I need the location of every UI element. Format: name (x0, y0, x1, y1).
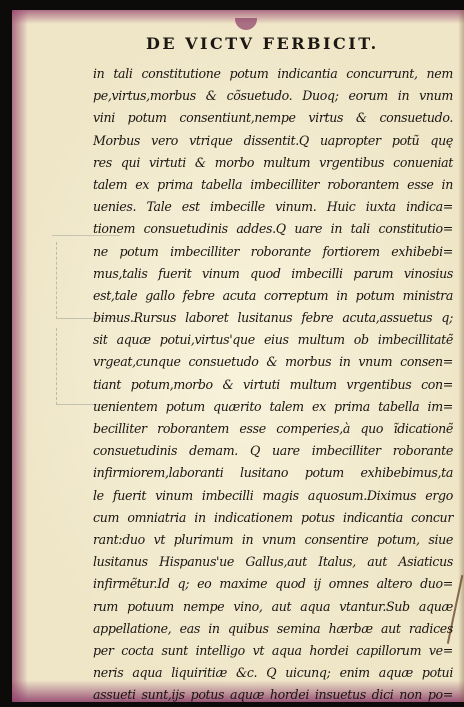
top-stain-drip (235, 18, 257, 30)
text-line: est,tale gallo febre acuta correptum in … (93, 285, 453, 307)
text-line: neris aqua liquiritiæ &c. Q uicunq; enim… (93, 662, 453, 684)
text-line: tionem consuetudinis addes.Q uare in tal… (93, 218, 453, 240)
text-line: consuetudinis demam. Q uare imbecilliter… (93, 440, 453, 462)
text-line: Morbus vero vtrique dissentit.Q uapropte… (93, 130, 453, 152)
text-line: ne potum imbecilliter roborante fortiore… (93, 241, 453, 263)
text-line: becilliter roborantem esse comperies,à q… (93, 418, 453, 440)
text-line: vini potum consentiunt,nempe virtus & co… (93, 107, 453, 129)
text-line: bimus.Rursus laboret lusitanus febre acu… (93, 307, 453, 329)
text-line: appellatione, eas in quibus semina hærbæ… (93, 618, 453, 640)
text-line: uenientem potum quærito talem ex prima t… (93, 396, 453, 418)
text-line: rum potuum nempe vino, aut aqua vtantur.… (93, 596, 453, 618)
text-line: infirmẽtur.Id q; eo maxime quod ij omnes… (93, 573, 453, 595)
text-line: per cocta sunt intelligo vt aqua hordei … (93, 640, 453, 662)
body-text: in tali constitutione potum indicantia c… (93, 63, 453, 706)
running-head: DE VICTV FERBICIT. (146, 34, 379, 53)
text-line: mus,talis fuerit vinum quod imbecilli pa… (93, 263, 453, 285)
left-edge-stain (12, 10, 28, 702)
text-line: rant:duo vt plurimum in vnum consentire … (93, 529, 453, 551)
text-line: tiant potum,morbo & virtuti multum vrgen… (93, 374, 453, 396)
text-line: assueti sunt,ijs potus aquæ hordei insue… (93, 684, 453, 706)
text-line: in tali constitutione potum indicantia c… (93, 63, 453, 85)
text-line: res qui virtuti & morbo multum vrgentibu… (93, 152, 453, 174)
text-line: infirmiorem,laboranti lusitano potum exh… (93, 462, 453, 484)
text-line: cum omniatria in indicationem potus indi… (93, 507, 453, 529)
text-line: lusitanus Hispanus'ue Gallus,aut Italus,… (93, 551, 453, 573)
text-line: uenies. Tale est imbecille vinum. Huic i… (93, 196, 453, 218)
text-line: le fuerit vinum imbecilli magis aquosum.… (93, 485, 453, 507)
text-line: talem ex prima tabella imbecilliter robo… (93, 174, 453, 196)
text-line: vrgeat,cunque consuetudo & morbus in vnu… (93, 351, 453, 373)
text-line: sit aquæ potui,virtus'que eius multum ob… (93, 329, 453, 351)
text-line: pe,virtus,morbus & cõsuetudo. Duoq; eoru… (93, 85, 453, 107)
